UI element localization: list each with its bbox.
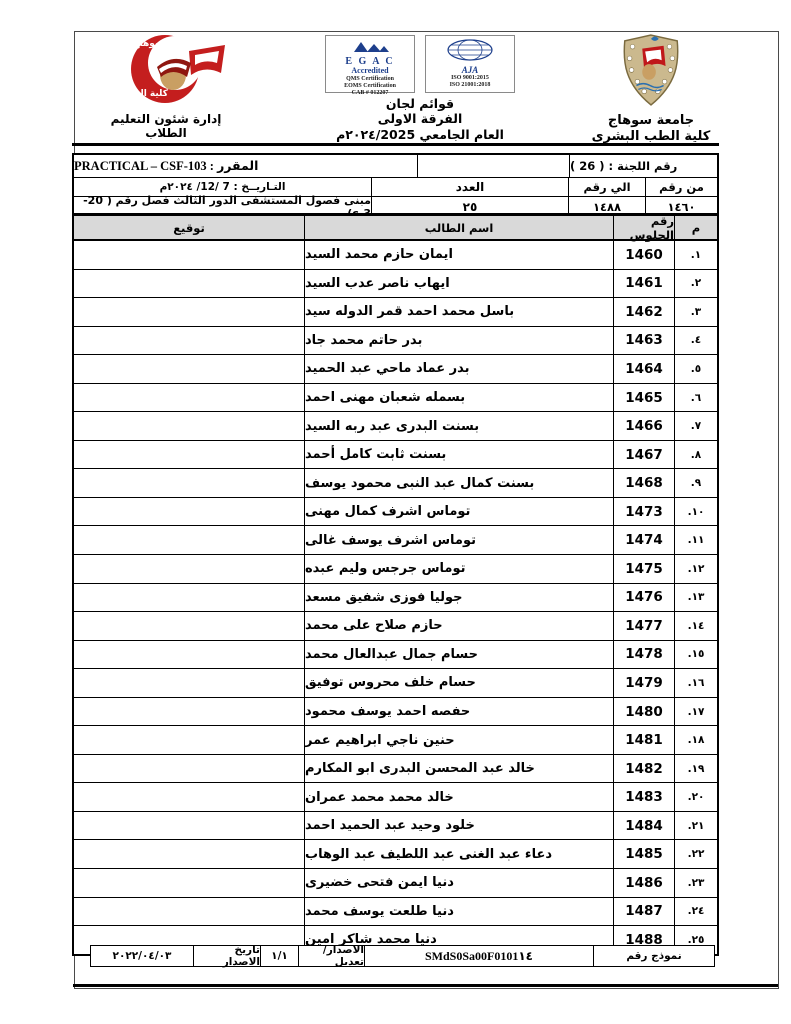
- table-row: حسام خلف محروس توفيق 1479 ١٦.: [74, 669, 717, 698]
- signature-cell: [74, 698, 305, 726]
- info-row-course: المقرر : PRACTICAL – CSF-103 رقم اللجنة …: [74, 155, 717, 178]
- university-block: جامعة سوهاج كلية الطب البشرى: [583, 113, 719, 146]
- signature-cell: [74, 726, 305, 754]
- svg-text:جامعة سوهاج: جامعة سوهاج: [133, 39, 193, 49]
- row-index: ١٩.: [675, 755, 717, 783]
- egac-line: EOMS Certification: [327, 83, 413, 90]
- seat-number: 1484: [614, 812, 675, 840]
- student-name: بسمله شعبان مهنى احمد: [305, 384, 614, 412]
- row-index: ٣.: [675, 298, 717, 326]
- seat-number: 1462: [614, 298, 675, 326]
- student-name: حسام جمال عبدالعال محمد: [305, 641, 614, 669]
- student-name: باسل محمد احمد قمر الدوله سيد: [305, 298, 614, 326]
- table-row: بسمله شعبان مهنى احمد 1465 ٦.: [74, 384, 717, 413]
- signature-cell: [74, 384, 305, 412]
- signature-cell: [74, 469, 305, 497]
- seat-number: 1463: [614, 327, 675, 355]
- table-row: ايهاب ناصر عدب السيد 1461 ٢.: [74, 270, 717, 299]
- signature-cell: [74, 526, 305, 554]
- student-name: بسنت كمال عبد النبى محمود يوسف: [305, 469, 614, 497]
- seat-number: 1487: [614, 898, 675, 926]
- to-number-label: الي رقم: [569, 178, 646, 196]
- count-label: العدد: [372, 178, 569, 196]
- seat-number: 1476: [614, 584, 675, 612]
- row-index: ١٢.: [675, 555, 717, 583]
- header-left: جامعة سوهاج كلية الطب إدارة شئون التعليم…: [90, 33, 242, 140]
- table-row: خالد محمد محمد عمران 1483 ٢٠.: [74, 783, 717, 812]
- department-label: إدارة شئون التعليم الطلاب: [90, 112, 242, 140]
- seat-number: 1474: [614, 526, 675, 554]
- student-name: خالد عبد المحسن البدرى ابو المكارم: [305, 755, 614, 783]
- seat-number: 1482: [614, 755, 675, 783]
- row-index: ٢.: [675, 270, 717, 298]
- row-index: ٤.: [675, 327, 717, 355]
- student-name: جوليا فوزى شفيق مسعد: [305, 584, 614, 612]
- issue-version-label: الاصدار/تعديل: [299, 946, 365, 966]
- student-name: ايمان حازم محمد السيد: [305, 241, 614, 269]
- row-index: ١٣.: [675, 584, 717, 612]
- table-row: بدر حاتم محمد جاد 1463 ٤.: [74, 327, 717, 356]
- row-index: ١٦.: [675, 669, 717, 697]
- student-name: توماس اشرف يوسف غالى: [305, 526, 614, 554]
- aja-globe-icon: [445, 38, 495, 62]
- signature-cell: [74, 783, 305, 811]
- student-name: دنيا طلعت يوسف محمد: [305, 898, 614, 926]
- student-rows: ايمان حازم محمد السيد 1460 ١. ايهاب ناصر…: [74, 241, 717, 954]
- header-divider: [72, 143, 719, 146]
- list-header-row: توقيع اسم الطالب رقم الجلوس م: [74, 216, 717, 241]
- exam-info-table: المقرر : PRACTICAL – CSF-103 رقم اللجنة …: [72, 153, 719, 218]
- seat-number: 1460: [614, 241, 675, 269]
- document-page: جامعة سوهاج كلية الطب إدارة شئون التعليم…: [0, 0, 791, 1024]
- table-row: بدر عماد ماحي عبد الحميد 1464 ٥.: [74, 355, 717, 384]
- signature-cell: [74, 241, 305, 269]
- seat-number: 1477: [614, 612, 675, 640]
- row-index: ٧.: [675, 412, 717, 440]
- signature-cell: [74, 498, 305, 526]
- student-name: حسام خلف محروس توفيق: [305, 669, 614, 697]
- seat-header: رقم الجلوس: [614, 216, 675, 239]
- seat-number: 1479: [614, 669, 675, 697]
- signature-header: توقيع: [74, 216, 305, 239]
- signature-cell: [74, 584, 305, 612]
- signature-cell: [74, 412, 305, 440]
- svg-text:كلية الطب: كلية الطب: [122, 89, 169, 99]
- table-row: حنين ناجي ابراهيم عمر 1481 ١٨.: [74, 726, 717, 755]
- student-name: بسنت ثابت كامل أحمد: [305, 441, 614, 469]
- table-row: دنيا ايمن فتحى خضيرى 1486 ٢٣.: [74, 869, 717, 898]
- seat-number: 1467: [614, 441, 675, 469]
- aja-line: ISO 9001:2015: [427, 75, 513, 82]
- student-name: بسنت البدرى عبد ربه السيد: [305, 412, 614, 440]
- table-row: حازم صلاح على محمد 1477 ١٤.: [74, 612, 717, 641]
- seat-number: 1465: [614, 384, 675, 412]
- university-name: جامعة سوهاج: [583, 113, 719, 129]
- table-row: جوليا فوزى شفيق مسعد 1476 ١٣.: [74, 584, 717, 613]
- student-name: دعاء عبد الغنى عبد اللطيف عبد الوهاب: [305, 840, 614, 868]
- row-index: ١.: [675, 241, 717, 269]
- seat-number: 1473: [614, 498, 675, 526]
- student-name: حازم صلاح على محمد: [305, 612, 614, 640]
- egac-cert-box: E G A C Accredited QMS Certification EOM…: [325, 35, 415, 93]
- table-row: بسنت ثابت كامل أحمد 1467 ٨.: [74, 441, 717, 470]
- seat-number: 1486: [614, 869, 675, 897]
- signature-cell: [74, 298, 305, 326]
- table-row: بسنت كمال عبد النبى محمود يوسف 1468 ٩.: [74, 469, 717, 498]
- seat-number: 1464: [614, 355, 675, 383]
- table-row: ايمان حازم محمد السيد 1460 ١.: [74, 241, 717, 270]
- signature-cell: [74, 840, 305, 868]
- signature-cell: [74, 612, 305, 640]
- table-row: خالد عبد المحسن البدرى ابو المكارم 1482 …: [74, 755, 717, 784]
- egac-subtitle: Accredited: [327, 67, 413, 76]
- course-cell: المقرر : PRACTICAL – CSF-103: [74, 155, 418, 177]
- row-index: ٢١.: [675, 812, 717, 840]
- signature-cell: [74, 869, 305, 897]
- footer-divider: [73, 984, 778, 987]
- shield-logo-icon: [617, 33, 685, 107]
- aja-title: AJA: [427, 66, 513, 75]
- row-index: ٢٣.: [675, 869, 717, 897]
- row-index: ٩.: [675, 469, 717, 497]
- table-row: باسل محمد احمد قمر الدوله سيد 1462 ٣.: [74, 298, 717, 327]
- signature-cell: [74, 441, 305, 469]
- seat-number: 1466: [614, 412, 675, 440]
- table-row: دنيا طلعت يوسف محمد 1487 ٢٤.: [74, 898, 717, 927]
- empty-cell: [418, 155, 570, 177]
- crescent-logo-icon: جامعة سوهاج كلية الطب: [93, 33, 239, 105]
- student-name: بدر عماد ماحي عبد الحميد: [305, 355, 614, 383]
- student-name: حنين ناجي ابراهيم عمر: [305, 726, 614, 754]
- signature-cell: [74, 355, 305, 383]
- student-name: توماس اشرف كمال مهنى: [305, 498, 614, 526]
- form-number-label: نموذج رقم: [594, 946, 714, 966]
- certification-logos: E G A C Accredited QMS Certification EOM…: [298, 35, 542, 93]
- header-center: E G A C Accredited QMS Certification EOM…: [298, 35, 542, 142]
- signature-cell: [74, 327, 305, 355]
- form-footer-table: ٢٠٢٢/٠٤/٠٣ تاريخ الاصدار ١/١ الاصدار/تعد…: [90, 945, 715, 967]
- academic-year: العام الجامعي ٢٠٢٤/2025م: [298, 127, 542, 142]
- row-index: ١٨.: [675, 726, 717, 754]
- year-group: الفرقة الاولى: [298, 111, 542, 126]
- table-row: حفصه احمد يوسف محمود 1480 ١٧.: [74, 698, 717, 727]
- signature-cell: [74, 755, 305, 783]
- student-name: ايهاب ناصر عدب السيد: [305, 270, 614, 298]
- signature-cell: [74, 270, 305, 298]
- lists-title: قوائم لجان: [298, 96, 542, 111]
- row-index: ٢٤.: [675, 898, 717, 926]
- student-name: خالد محمد محمد عمران: [305, 783, 614, 811]
- header-right: جامعة سوهاج كلية الطب البشرى: [583, 33, 719, 146]
- student-name: حفصه احمد يوسف محمود: [305, 698, 614, 726]
- signature-cell: [74, 641, 305, 669]
- aja-cert-box: AJA ISO 9001:2015 ISO 21001:2018: [425, 35, 515, 93]
- student-name: دنيا ايمن فتحى خضيرى: [305, 869, 614, 897]
- row-index: ٦.: [675, 384, 717, 412]
- table-row: خلود وحيد عبد الحميد احمد 1484 ٢١.: [74, 812, 717, 841]
- name-header: اسم الطالب: [305, 216, 614, 239]
- seat-number: 1481: [614, 726, 675, 754]
- student-name: توماس جرجس وليم عبده: [305, 555, 614, 583]
- seat-number: 1475: [614, 555, 675, 583]
- index-header: م: [675, 216, 717, 239]
- aja-line: ISO 21001:2018: [427, 82, 513, 89]
- seat-number: 1461: [614, 270, 675, 298]
- row-index: ٨.: [675, 441, 717, 469]
- table-row: دعاء عبد الغنى عبد اللطيف عبد الوهاب 148…: [74, 840, 717, 869]
- row-index: ١٠.: [675, 498, 717, 526]
- issue-date-value: ٢٠٢٢/٠٤/٠٣: [91, 946, 194, 966]
- table-row: حسام جمال عبدالعال محمد 1478 ١٥.: [74, 641, 717, 670]
- row-index: ١٤.: [675, 612, 717, 640]
- student-name: بدر حاتم محمد جاد: [305, 327, 614, 355]
- seat-number: 1483: [614, 783, 675, 811]
- seat-number: 1485: [614, 840, 675, 868]
- signature-cell: [74, 669, 305, 697]
- committee-number-cell: رقم اللجنة : ( 26 ): [570, 155, 717, 177]
- seat-number: 1478: [614, 641, 675, 669]
- student-list-table: توقيع اسم الطالب رقم الجلوس م ايمان حازم…: [72, 213, 719, 956]
- issue-version-value: ١/١: [261, 946, 299, 966]
- signature-cell: [74, 898, 305, 926]
- table-row: بسنت البدرى عبد ربه السيد 1466 ٧.: [74, 412, 717, 441]
- row-index: ١٥.: [675, 641, 717, 669]
- row-index: ١١.: [675, 526, 717, 554]
- signature-cell: [74, 812, 305, 840]
- signature-cell: [74, 555, 305, 583]
- issue-date-label: تاريخ الاصدار: [194, 946, 261, 966]
- table-row: توماس اشرف يوسف غالى 1474 ١١.: [74, 526, 717, 555]
- from-number-label: من رقم: [646, 178, 717, 196]
- row-index: ٢٢.: [675, 840, 717, 868]
- row-index: ٢٠.: [675, 783, 717, 811]
- form-code: SMdS0Sa00F0101١٤: [365, 946, 594, 966]
- egac-line: QMS Certification: [327, 76, 413, 83]
- row-index: ٥.: [675, 355, 717, 383]
- seat-number: 1468: [614, 469, 675, 497]
- table-row: توماس اشرف كمال مهنى 1473 ١٠.: [74, 498, 717, 527]
- egac-logo-icon: [348, 41, 392, 53]
- header-title-lines: قوائم لجان الفرقة الاولى العام الجامعي ٢…: [298, 96, 542, 142]
- student-name: خلود وحيد عبد الحميد احمد: [305, 812, 614, 840]
- row-index: ١٧.: [675, 698, 717, 726]
- table-row: توماس جرجس وليم عبده 1475 ١٢.: [74, 555, 717, 584]
- seat-number: 1480: [614, 698, 675, 726]
